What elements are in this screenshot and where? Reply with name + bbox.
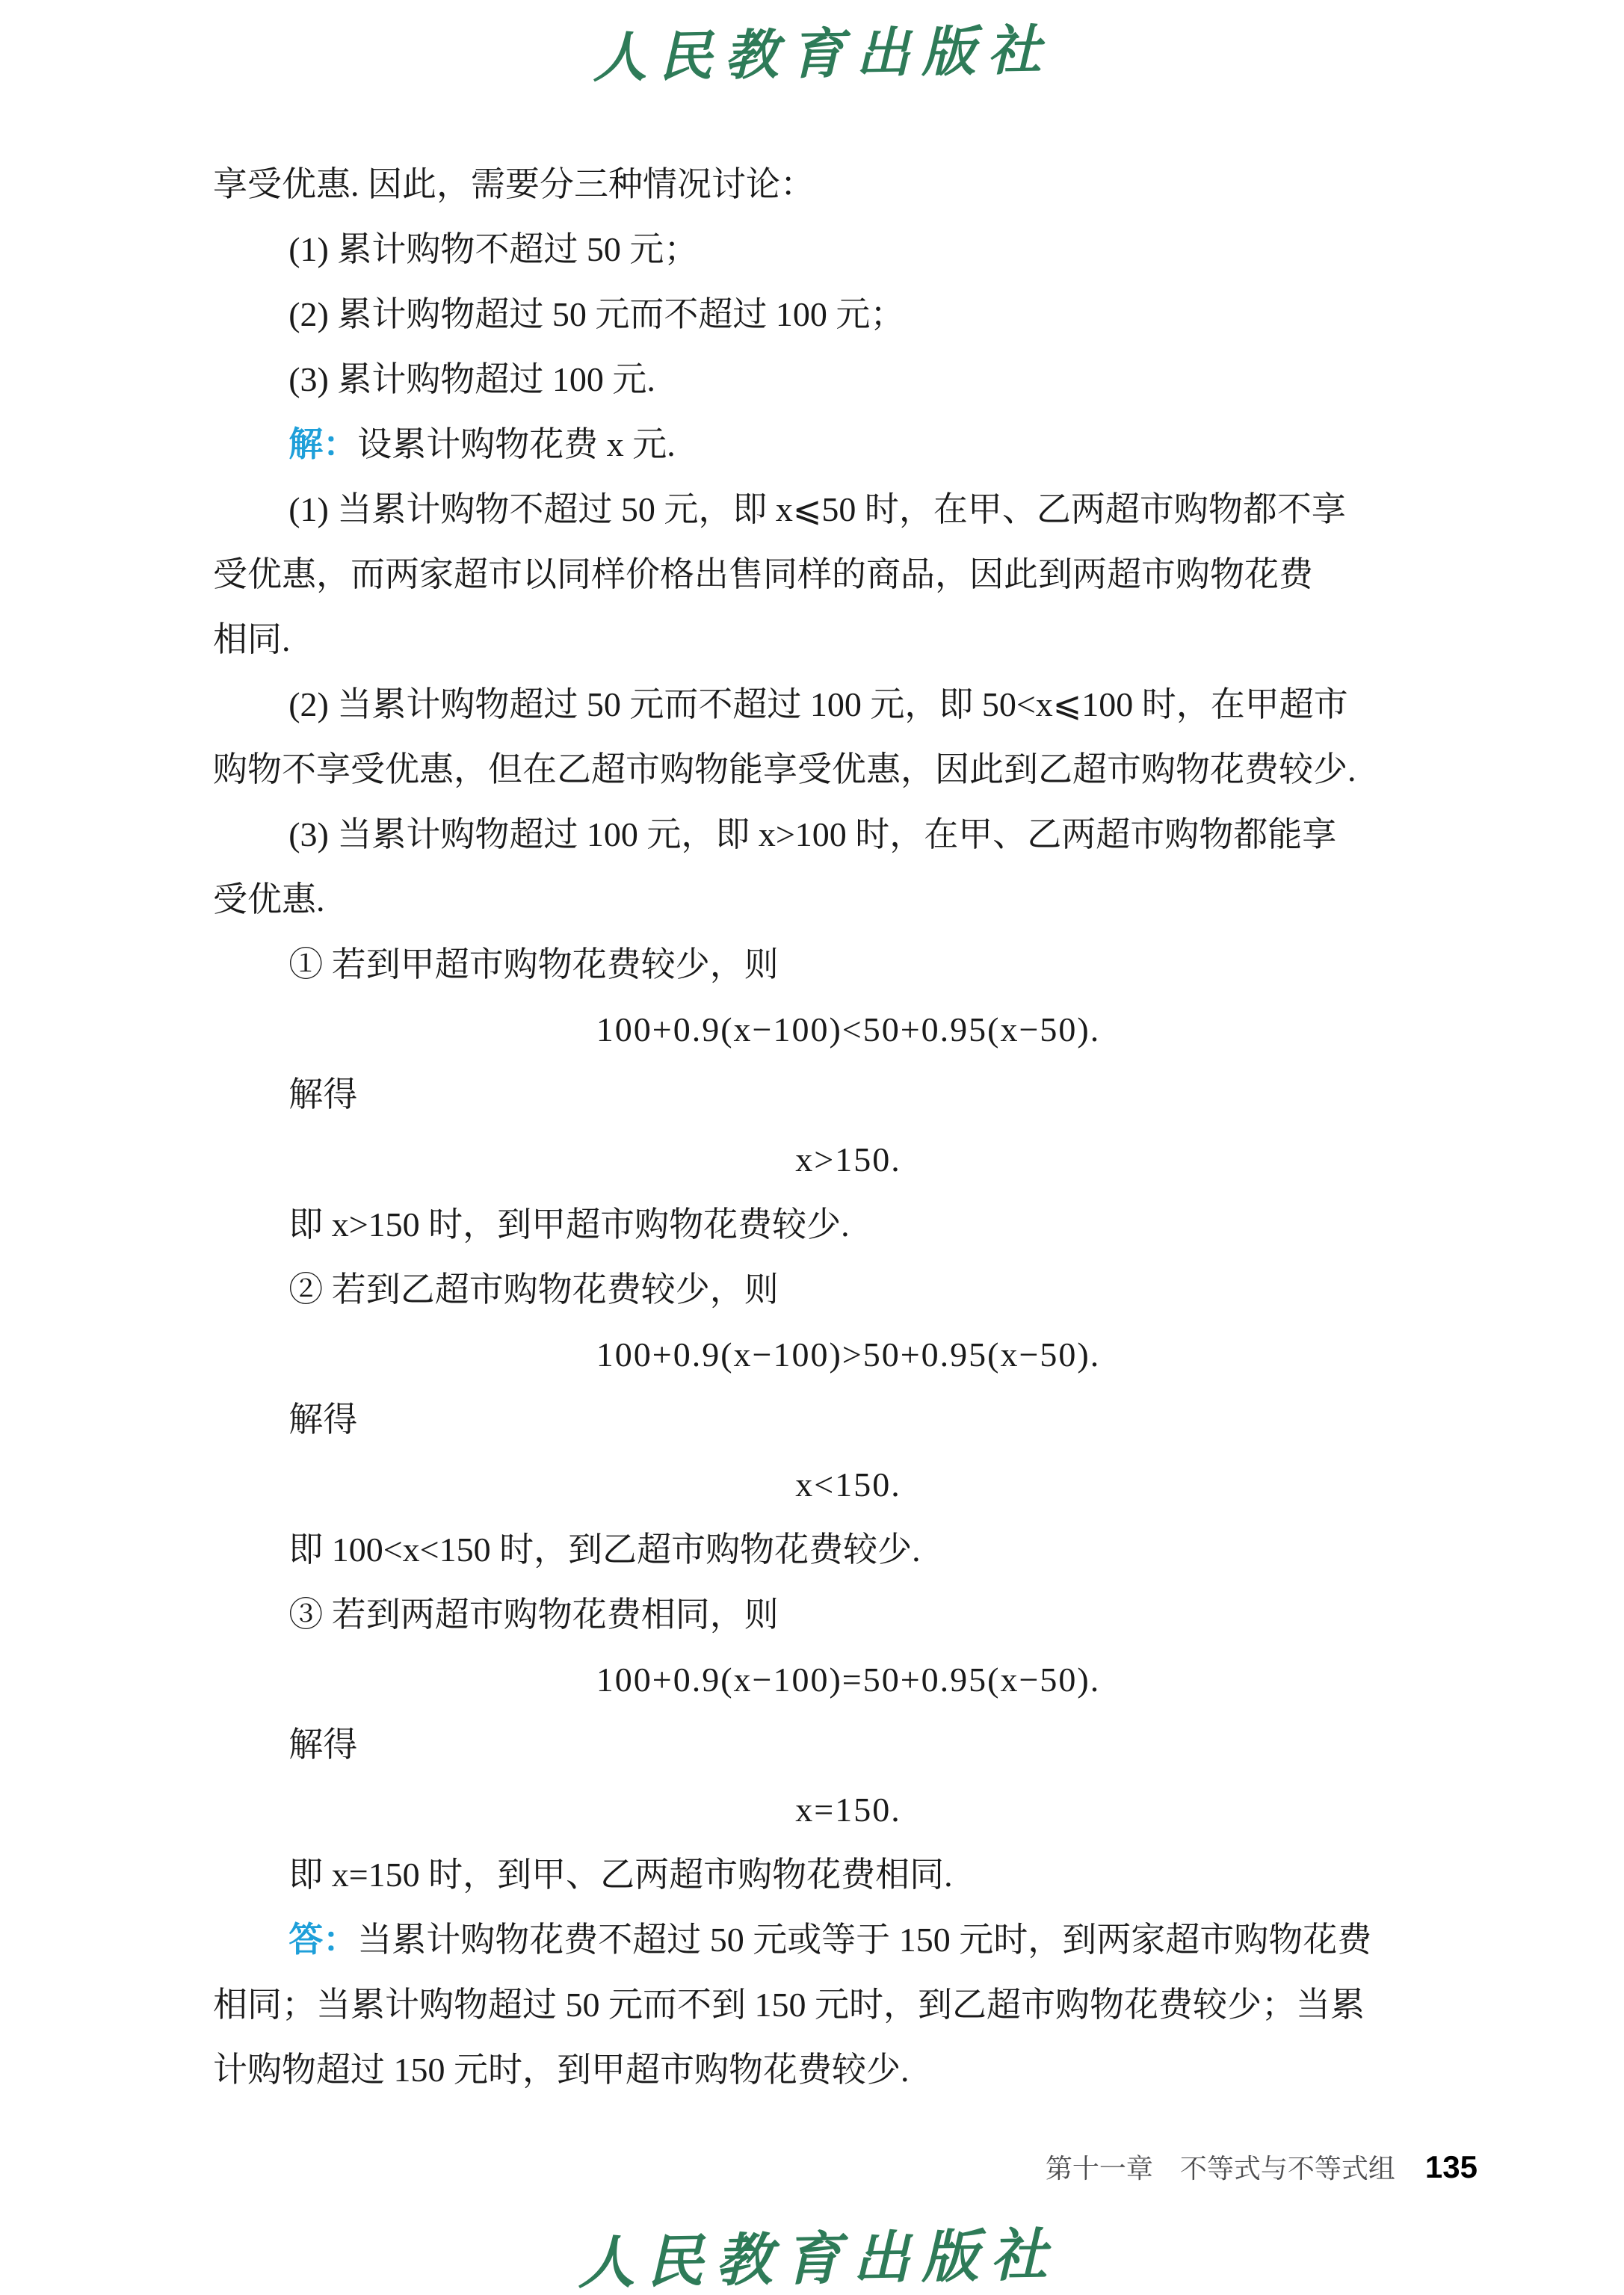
sub1-intro: ① 若到甲超市购物花费较少，则 bbox=[213, 932, 1483, 997]
sub2-intro: ② 若到乙超市购物花费较少，则 bbox=[213, 1257, 1483, 1322]
sub1-result: x>150. bbox=[213, 1127, 1483, 1192]
sub1-solve: 解得 bbox=[213, 1062, 1483, 1127]
sub3-intro: ③ 若到两超市购物花费相同，则 bbox=[213, 1582, 1483, 1647]
sub3-result: x=150. bbox=[213, 1777, 1483, 1842]
sub2-conclusion: 即 100<x<150 时，到乙超市购物花费较少. bbox=[213, 1517, 1483, 1582]
sub2-solve: 解得 bbox=[213, 1387, 1483, 1452]
solution-setup-line: 解：设累计购物花费 x 元. bbox=[213, 412, 1483, 477]
case2-line-2: 购物不享受优惠，但在乙超市购物能享受优惠，因此到乙超市购物花费较少. bbox=[213, 737, 1483, 802]
footer-chapter-title: 第十一章 bbox=[1046, 2154, 1153, 2184]
case-list-item-3: (3) 累计购物超过 100 元. bbox=[213, 347, 1483, 412]
answer-line-3: 计购物超过 150 元时，到甲超市购物花费较少. bbox=[213, 2037, 1483, 2102]
case-list-item-2: (2) 累计购物超过 50 元而不超过 100 元； bbox=[213, 282, 1483, 347]
case3-line-2: 受优惠. bbox=[213, 867, 1483, 932]
answer-text-1: 当累计购物花费不超过 50 元或等于 150 元时，到两家超市购物花费 bbox=[357, 1921, 1371, 1959]
answer-label: 答： bbox=[288, 1921, 357, 1959]
case1-line-2: 受优惠，而两家超市以同样价格出售同样的商品，因此到两超市购物花费 bbox=[213, 542, 1483, 607]
footer-section-title: 不等式与不等式组 bbox=[1180, 2154, 1395, 2184]
sub2-equation: 100+0.9(x−100)>50+0.95(x−50). bbox=[213, 1322, 1483, 1387]
page: 人民教育出版社 享受优惠. 因此，需要分三种情况讨论： (1) 累计购物不超过 … bbox=[0, 0, 1624, 2295]
case2-line-1: (2) 当累计购物超过 50 元而不超过 100 元，即 50<x⩽100 时，… bbox=[213, 672, 1483, 737]
publisher-logo-top: 人民教育出版社 bbox=[592, 7, 1054, 93]
sub3-equation: 100+0.9(x−100)=50+0.95(x−50). bbox=[213, 1647, 1483, 1712]
case-list-item-1: (1) 累计购物不超过 50 元； bbox=[213, 217, 1483, 282]
case1-line-3: 相同. bbox=[213, 607, 1483, 672]
case3-line-1: (3) 当累计购物超过 100 元，即 x>100 时，在甲、乙两超市购物都能享 bbox=[213, 802, 1483, 867]
sub2-result: x<150. bbox=[213, 1452, 1483, 1517]
footer-page-number: 135 bbox=[1425, 2149, 1478, 2184]
solution-setup-text: 设累计购物花费 x 元. bbox=[357, 425, 676, 463]
sub3-solve: 解得 bbox=[213, 1712, 1483, 1777]
sub1-conclusion: 即 x>150 时，到甲超市购物花费较少. bbox=[213, 1192, 1483, 1257]
answer-line-2: 相同；当累计购物超过 50 元而不到 150 元时，到乙超市购物花费较少；当累 bbox=[213, 1972, 1483, 2037]
case1-line-1: (1) 当累计购物不超过 50 元，即 x⩽50 时，在甲、乙两超市购物都不享 bbox=[213, 477, 1483, 542]
solution-body: 享受优惠. 因此，需要分三种情况讨论： (1) 累计购物不超过 50 元； (2… bbox=[213, 152, 1483, 2102]
sub1-equation: 100+0.9(x−100)<50+0.95(x−50). bbox=[213, 997, 1483, 1062]
intro-line: 享受优惠. 因此，需要分三种情况讨论： bbox=[213, 152, 1483, 217]
solution-label: 解： bbox=[288, 425, 357, 463]
page-footer: 第十一章不等式与不等式组135 bbox=[1046, 2149, 1478, 2187]
answer-line-1: 答：当累计购物花费不超过 50 元或等于 150 元时，到两家超市购物花费 bbox=[213, 1907, 1483, 1972]
publisher-logo-bottom: 人民教育出版社 bbox=[577, 2209, 1060, 2295]
sub3-conclusion: 即 x=150 时，到甲、乙两超市购物花费相同. bbox=[213, 1842, 1483, 1907]
